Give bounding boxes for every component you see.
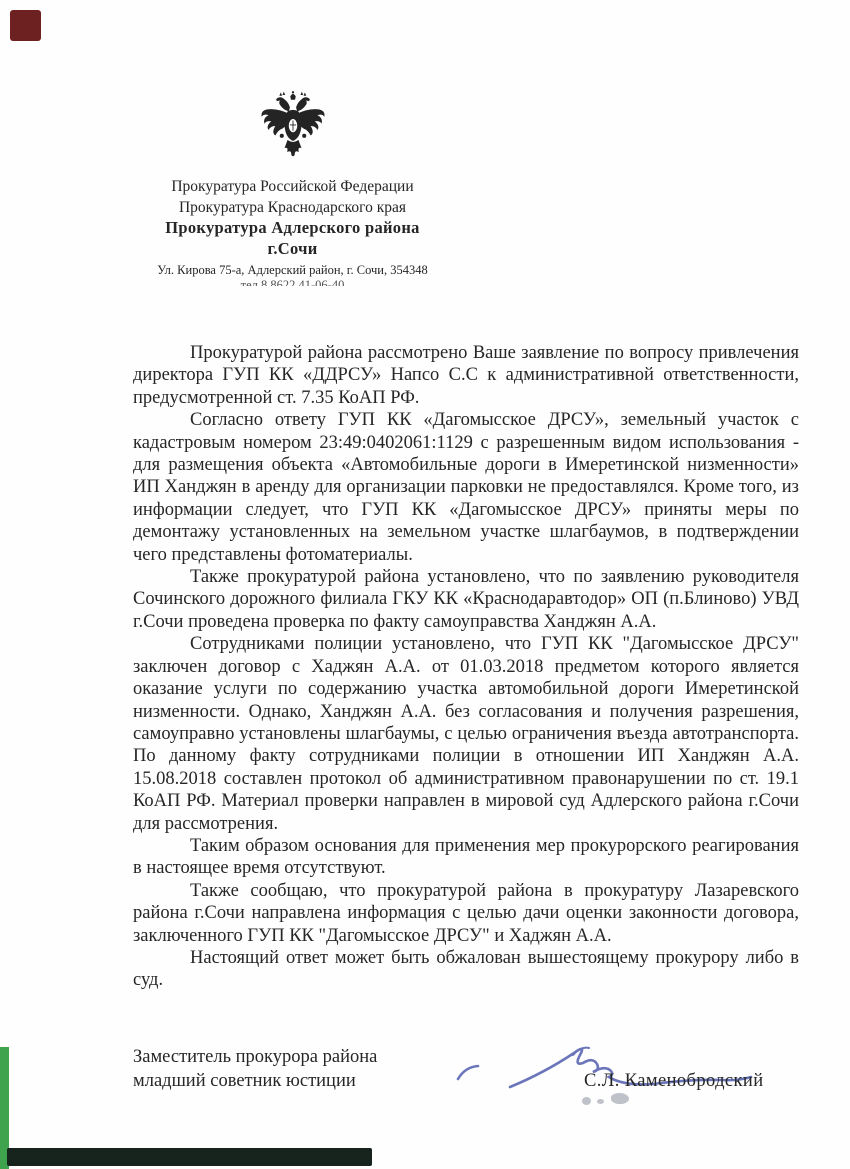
signer-position-line2: младший советник юстиции	[133, 1070, 377, 1094]
signer-name: С.Л. Каменобродский	[584, 1071, 764, 1092]
letterhead-address: Ул. Кирова 75-а, Адлерский район, г. Соч…	[60, 263, 525, 278]
scanned-letter-page: Прокуратура Российской Федерации Прокура…	[0, 0, 850, 1169]
body-paragraph: Таким образом основания для применения м…	[133, 835, 799, 880]
scan-artifact-bottom-bar	[7, 1148, 372, 1166]
signer-position: Заместитель прокурора района младший сов…	[133, 1046, 377, 1093]
body-paragraph: Также сообщаю, что прокуратурой района в…	[133, 880, 799, 947]
letterhead-org-line3: Прокуратура Адлерского района	[60, 218, 525, 238]
body-paragraph: Согласно ответу ГУП КК «Дагомысское ДРСУ…	[133, 409, 799, 566]
double-headed-eagle-emblem-icon	[259, 90, 327, 164]
letterhead-org-line2: Прокуратура Краснодарского края	[60, 198, 525, 217]
body-paragraph: Также прокуратурой района установлено, ч…	[133, 566, 799, 633]
letterhead: Прокуратура Российской Федерации Прокура…	[60, 90, 525, 286]
letterhead-phone-clipped: тел 8 8622 41-06-40	[60, 278, 525, 286]
body-paragraph: Настоящий ответ может быть обжалован выш…	[133, 947, 799, 992]
signer-position-line1: Заместитель прокурора района	[133, 1046, 377, 1070]
letterhead-org-line4: г.Сочи	[60, 239, 525, 259]
letterhead-org-line1: Прокуратура Российской Федерации	[60, 177, 525, 196]
letter-body: Прокуратурой района рассмотрено Ваше зая…	[133, 342, 799, 992]
scan-artifact-top-left-mark	[10, 10, 41, 41]
body-paragraph: Прокуратурой района рассмотрено Ваше зая…	[133, 342, 799, 409]
body-paragraph: Сотрудниками полиции установлено, что ГУ…	[133, 633, 799, 835]
